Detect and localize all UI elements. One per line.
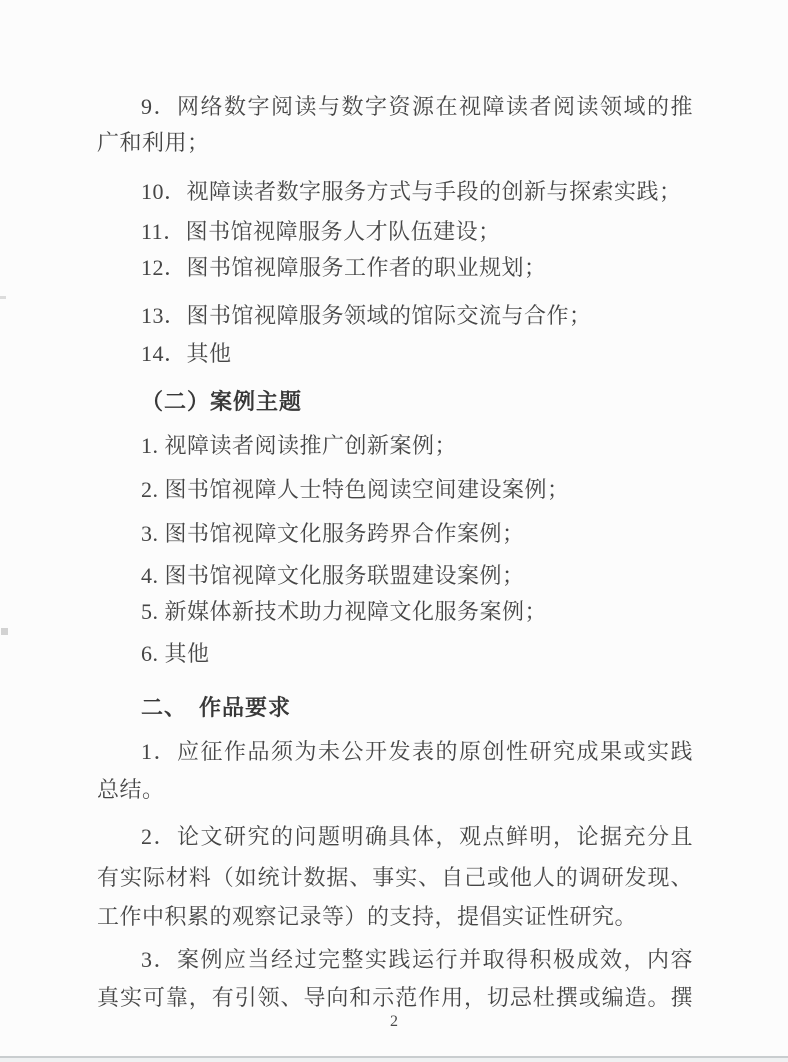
requirement-1-line-2: 总结。 — [97, 770, 693, 810]
case-item-4: 4. 图书馆视障文化服务联盟建设案例； — [97, 556, 693, 596]
topic-item-10: 10．视障读者数字服务方式与手段的创新与探索实践； — [97, 172, 693, 212]
document-page: 9．网络数字阅读与数字资源在视障读者阅读领域的推 广和利用； 10．视障读者数字… — [0, 0, 788, 1062]
topic-item-13: 13．图书馆视障服务领域的馆际交流与合作； — [97, 296, 693, 336]
page-number: 2 — [0, 1008, 788, 1036]
topic-item-11: 11．图书馆视障服务人才队伍建设； — [97, 212, 693, 252]
topic-item-14: 14．其他 — [97, 334, 693, 374]
scan-artifact — [0, 296, 6, 299]
requirement-3-line-1: 3．案例应当经过完整实践运行并取得积极成效，内容 — [97, 940, 693, 980]
case-item-5: 5. 新媒体新技术助力视障文化服务案例； — [97, 592, 693, 632]
topic-item-12: 12．图书馆视障服务工作者的职业规划； — [97, 248, 693, 288]
topic-item-9-line-2: 广和利用； — [97, 123, 693, 163]
page-bottom-shadow — [0, 1058, 788, 1062]
case-item-2: 2. 图书馆视障人士特色阅读空间建设案例； — [97, 470, 693, 510]
case-item-6: 6. 其他 — [97, 634, 693, 674]
case-item-3: 3. 图书馆视障文化服务跨界合作案例； — [97, 514, 693, 554]
requirement-2-line-3: 工作中积累的观察记录等）的支持，提倡实证性研究。 — [97, 897, 693, 937]
section-heading-work-requirements: 二、 作品要求 — [97, 688, 693, 728]
requirement-2-line-2: 有实际材料（如统计数据、事实、自己或他人的调研发现、 — [97, 858, 693, 898]
section-heading-case-themes: （二）案例主题 — [97, 382, 693, 422]
case-item-1: 1. 视障读者阅读推广创新案例； — [97, 426, 693, 466]
topic-item-9-line-1: 9．网络数字阅读与数字资源在视障读者阅读领域的推 — [97, 87, 693, 127]
requirement-1-line-1: 1．应征作品须为未公开发表的原创性研究成果或实践 — [97, 732, 693, 772]
requirement-2-line-1: 2．论文研究的问题明确具体，观点鲜明，论据充分且 — [97, 817, 693, 857]
scan-artifact — [1, 628, 8, 635]
